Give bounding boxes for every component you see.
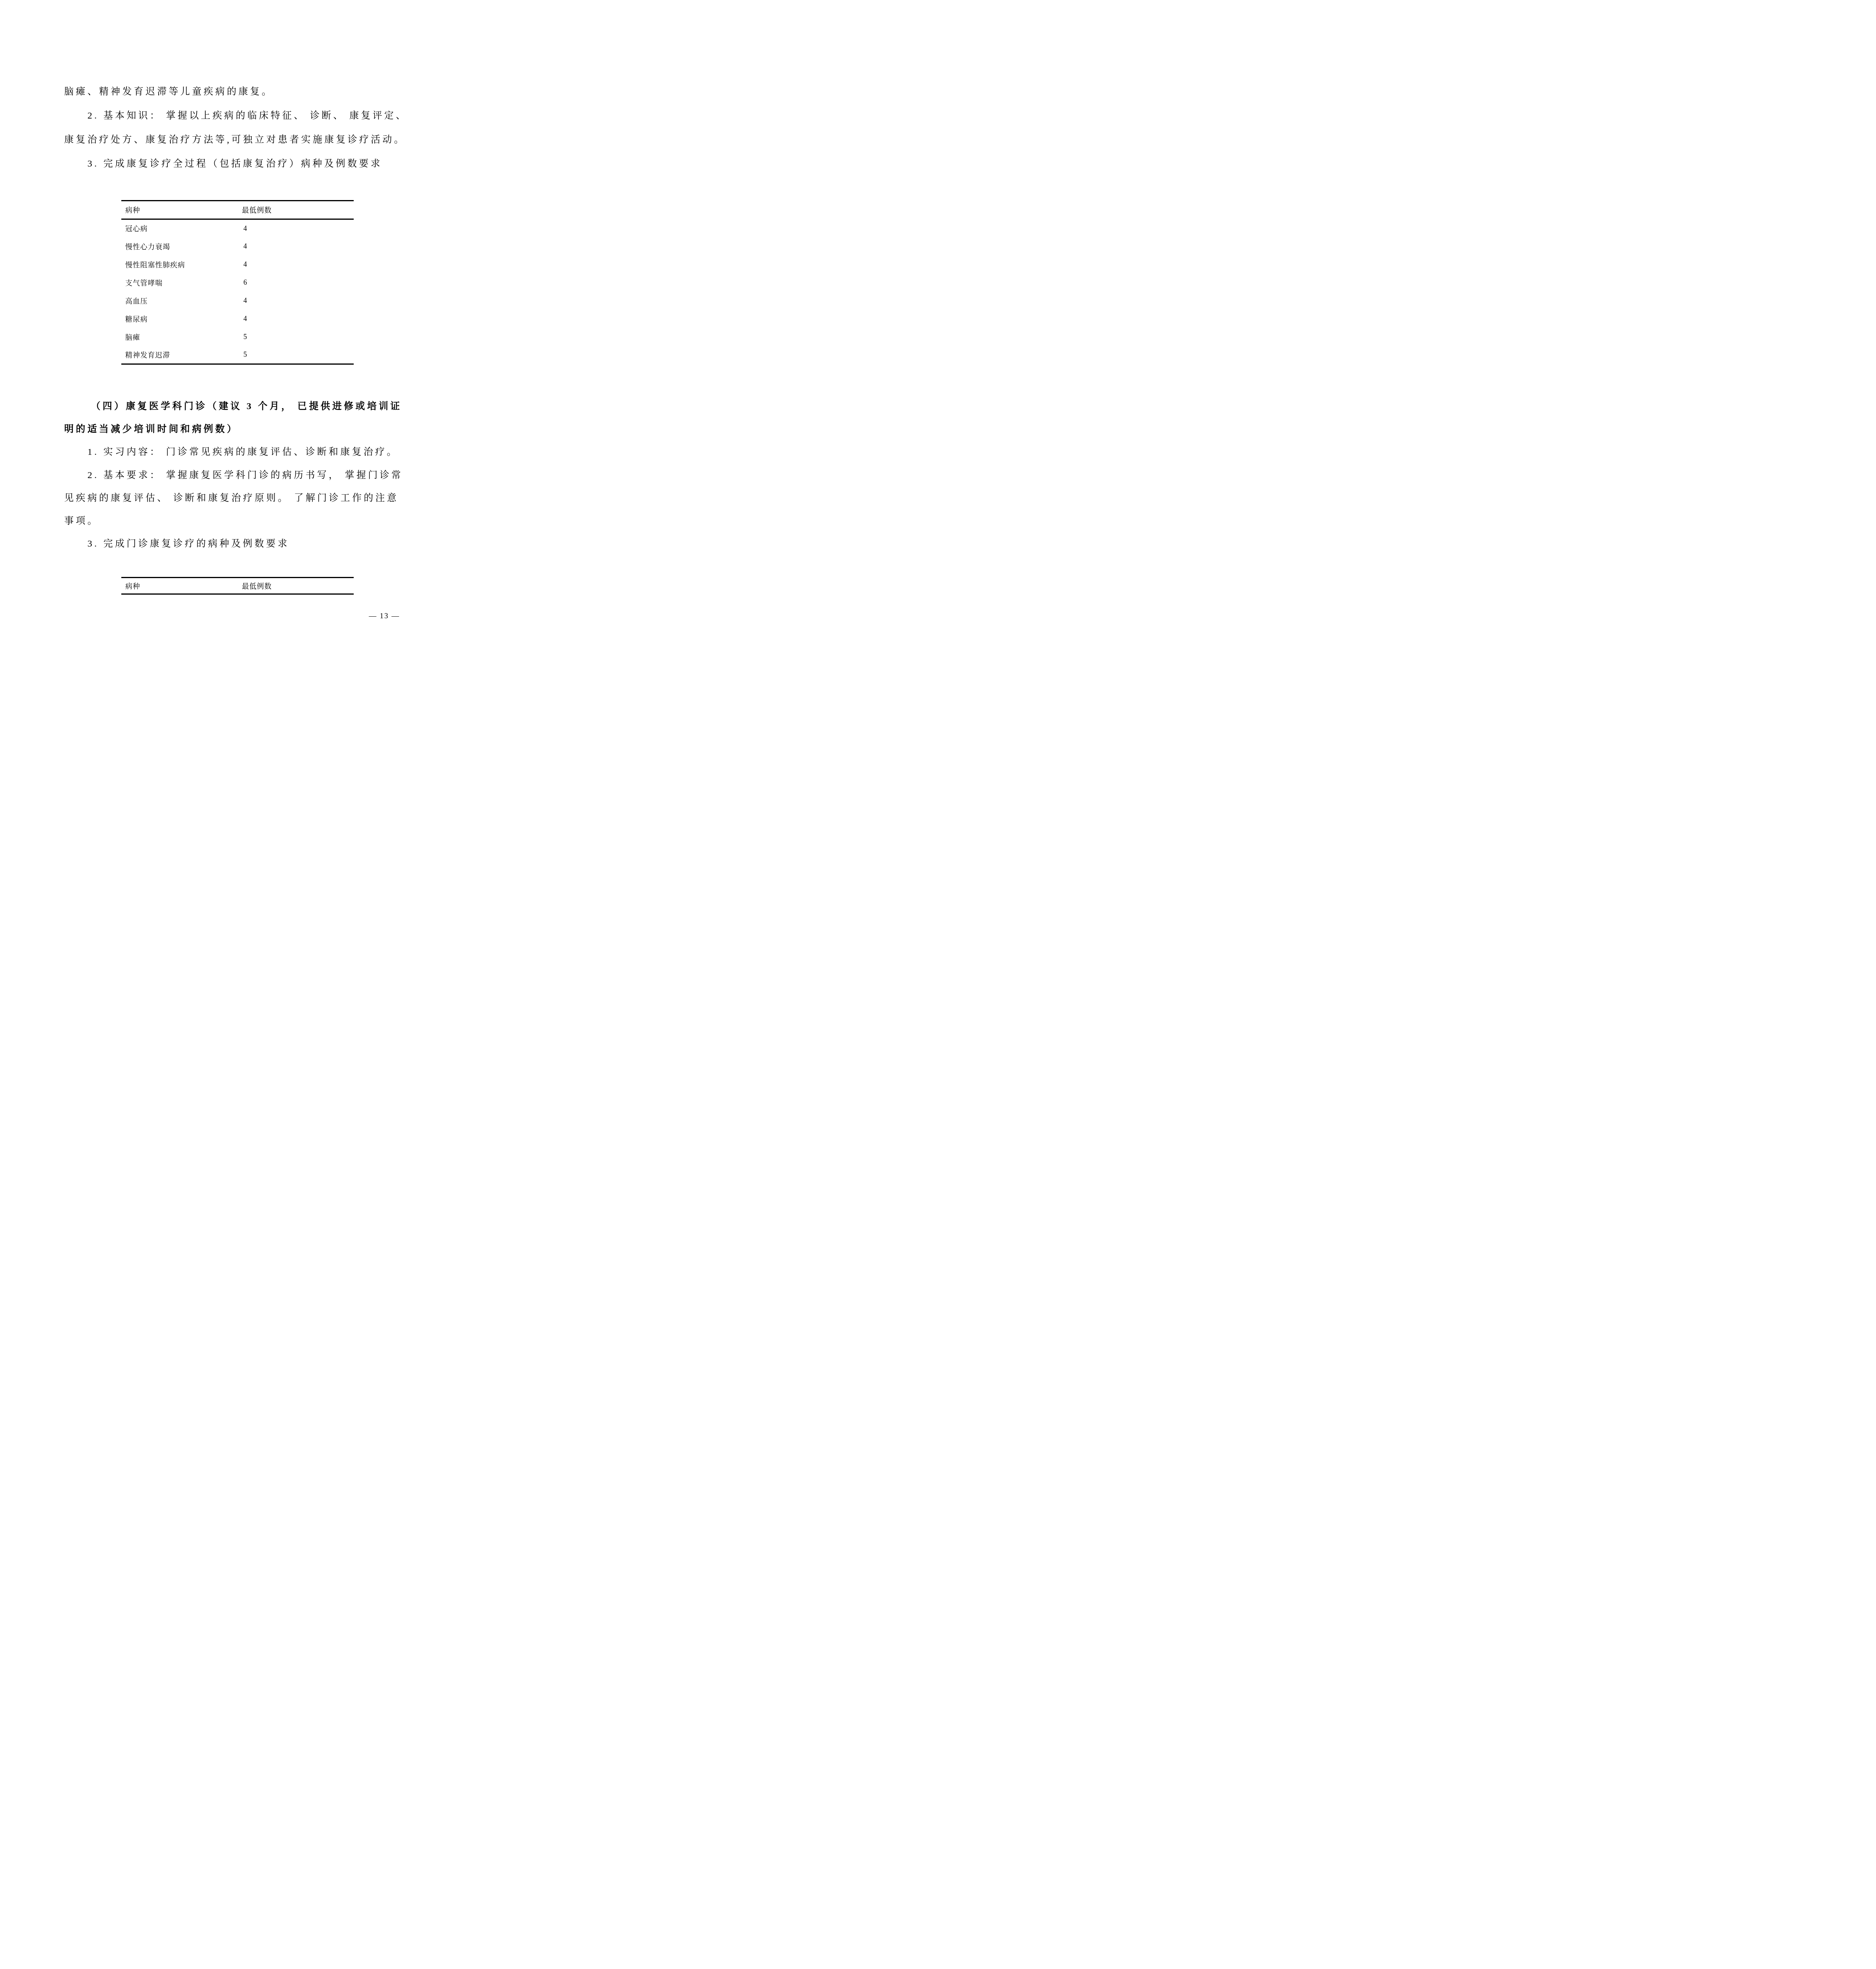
table-header-row: 病种 最低例数 (121, 578, 354, 594)
cell-disease: 慢性阻塞性肺疾病 (121, 256, 241, 274)
inpatient-case-requirements-table: 病种 最低例数 冠心病 4 慢性心力衰竭 4 慢性阻塞性肺疾病 4 支气管哮喘 … (121, 200, 354, 365)
cell-min-cases: 4 (241, 292, 354, 310)
col-header-min-cases: 最低例数 (241, 578, 354, 594)
table-row: 冠心病 4 (121, 219, 354, 237)
body-line-2: 2. 基本知识： 掌握以上疾病的临床特征、 诊断、 康复评定、 (64, 109, 411, 122)
table-row: 慢性心力衰竭 4 (121, 237, 354, 256)
body-line-1: 脑瘫、精神发育迟滞等儿童疾病的康复。 (64, 85, 411, 98)
table-header-row: 病种 最低例数 (121, 201, 354, 219)
cell-min-cases: 5 (241, 328, 354, 346)
page-number: — 13 — (369, 611, 400, 621)
table-row: 糖尿病 4 (121, 310, 354, 328)
table-row: 精神发育迟滞 5 (121, 346, 354, 364)
body-line-9: 3. 完成门诊康复诊疗的病种及例数要求 (64, 537, 411, 551)
cell-min-cases: 4 (241, 256, 354, 274)
table-row: 慢性阻塞性肺疾病 4 (121, 256, 354, 274)
col-header-disease: 病种 (121, 578, 241, 594)
table-row: 支气管哮喘 6 (121, 274, 354, 292)
cell-min-cases: 5 (241, 346, 354, 364)
cell-disease: 高血压 (121, 292, 241, 310)
body-line-4: 3. 完成康复诊疗全过程（包括康复治疗）病种及例数要求 (64, 157, 411, 171)
cell-disease: 冠心病 (121, 219, 241, 237)
table-row: 高血压 4 (121, 292, 354, 310)
cell-disease: 糖尿病 (121, 310, 241, 328)
cell-min-cases: 4 (241, 310, 354, 328)
col-header-disease: 病种 (121, 201, 241, 219)
section-heading-line-2: 明的适当减少培训时间和病例数） (64, 423, 411, 436)
cell-min-cases: 4 (241, 219, 354, 237)
table-row: 脑瘫 5 (121, 328, 354, 346)
cell-disease: 精神发育迟滞 (121, 346, 241, 364)
outpatient-case-requirements-table: 病种 最低例数 (121, 577, 354, 595)
cell-disease: 慢性心力衰竭 (121, 237, 241, 256)
section-heading-line-1: （四）康复医学科门诊（建议 3 个月， 已提供进修或培训证 (64, 400, 411, 413)
document-page: 脑瘫、精神发育迟滞等儿童疾病的康复。 2. 基本知识： 掌握以上疾病的临床特征、… (0, 0, 469, 663)
body-line-8: 事项。 (64, 514, 411, 528)
cell-min-cases: 6 (241, 274, 354, 292)
col-header-min-cases: 最低例数 (241, 201, 354, 219)
cell-disease: 脑瘫 (121, 328, 241, 346)
body-line-5: 1. 实习内容： 门诊常见疾病的康复评估、诊断和康复治疗。 (64, 445, 411, 459)
cell-min-cases: 4 (241, 237, 354, 256)
body-line-6: 2. 基本要求： 掌握康复医学科门诊的病历书写， 掌握门诊常 (64, 469, 411, 482)
body-line-7: 见疾病的康复评估、 诊断和康复治疗原则。 了解门诊工作的注意 (64, 491, 411, 505)
body-line-3: 康复治疗处方、康复治疗方法等,可独立对患者实施康复诊疗活动。 (64, 133, 411, 146)
cell-disease: 支气管哮喘 (121, 274, 241, 292)
